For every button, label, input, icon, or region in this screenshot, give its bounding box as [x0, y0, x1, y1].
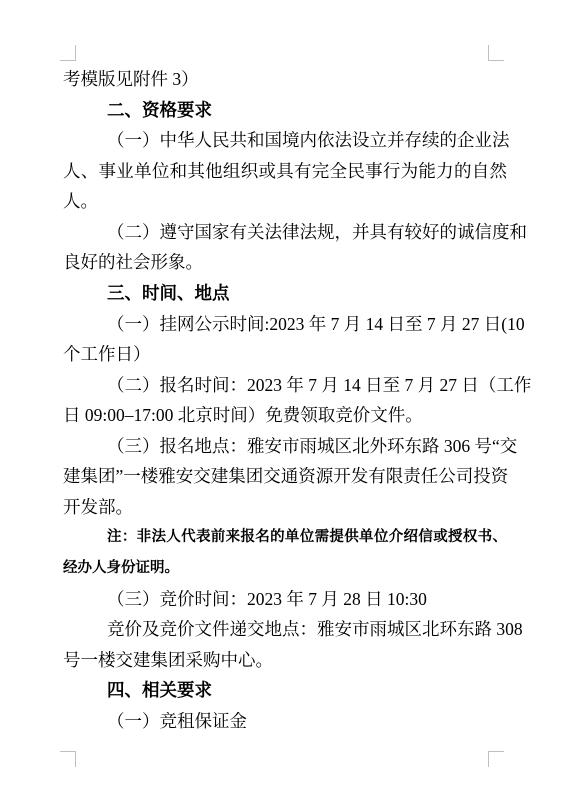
margin-crop-mark-bottom-left [60, 751, 76, 767]
margin-crop-mark-top-left [60, 45, 76, 61]
text-line: 三、时间、地点 [63, 278, 507, 309]
document-text: 考模版见附件 3）二、资格要求（一）中华人民共和国境内依法设立并存续的企业法人、… [63, 64, 507, 736]
text-line: （一）竞租保证金 [63, 706, 507, 737]
margin-crop-mark-bottom-right [488, 751, 504, 767]
text-line: 号一楼交建集团采购中心。 [63, 645, 507, 676]
text-line: 注：非法人代表前来报名的单位需提供单位介绍信或授权书、 [63, 522, 507, 553]
text-line: 人。 [63, 186, 507, 217]
text-line: 二、资格要求 [63, 95, 507, 126]
text-line: 四、相关要求 [63, 675, 507, 706]
text-line: 个工作日） [63, 339, 507, 370]
text-line: 经办人身份证明。 [63, 553, 507, 584]
text-line: 良好的社会形象。 [63, 247, 507, 278]
text-line: （二）遵守国家有关法律法规，并具有较好的诚信度和 [63, 217, 507, 248]
text-line: 人、事业单位和其他组织或具有完全民事行为能力的自然 [63, 156, 507, 187]
text-line: （一）挂网公示时间:2023 年 7 月 14 日至 7 月 27 日(10 [63, 309, 507, 340]
text-line: 建集团”一楼雅安交建集团交通资源开发有限责任公司投资 [63, 461, 507, 492]
text-line: （三）报名地点：雅安市雨城区北外环东路 306 号“交 [63, 431, 507, 462]
text-line: 日 09:00–17:00 北京时间）免费领取竞价文件。 [63, 400, 507, 431]
text-line: 开发部。 [63, 492, 507, 523]
text-line: 考模版见附件 3） [63, 64, 507, 95]
margin-crop-mark-top-right [488, 45, 504, 61]
text-line: （二）报名时间：2023 年 7 月 14 日至 7 月 27 日（工作 [63, 370, 507, 401]
text-line: （一）中华人民共和国境内依法设立并存续的企业法 [63, 125, 507, 156]
document-page: 考模版见附件 3）二、资格要求（一）中华人民共和国境内依法设立并存续的企业法人、… [0, 0, 573, 795]
text-line: （三）竞价时间：2023 年 7 月 28 日 10:30 [63, 584, 507, 615]
text-line: 竞价及竞价文件递交地点：雅安市雨城区北环东路 308 [63, 614, 507, 645]
